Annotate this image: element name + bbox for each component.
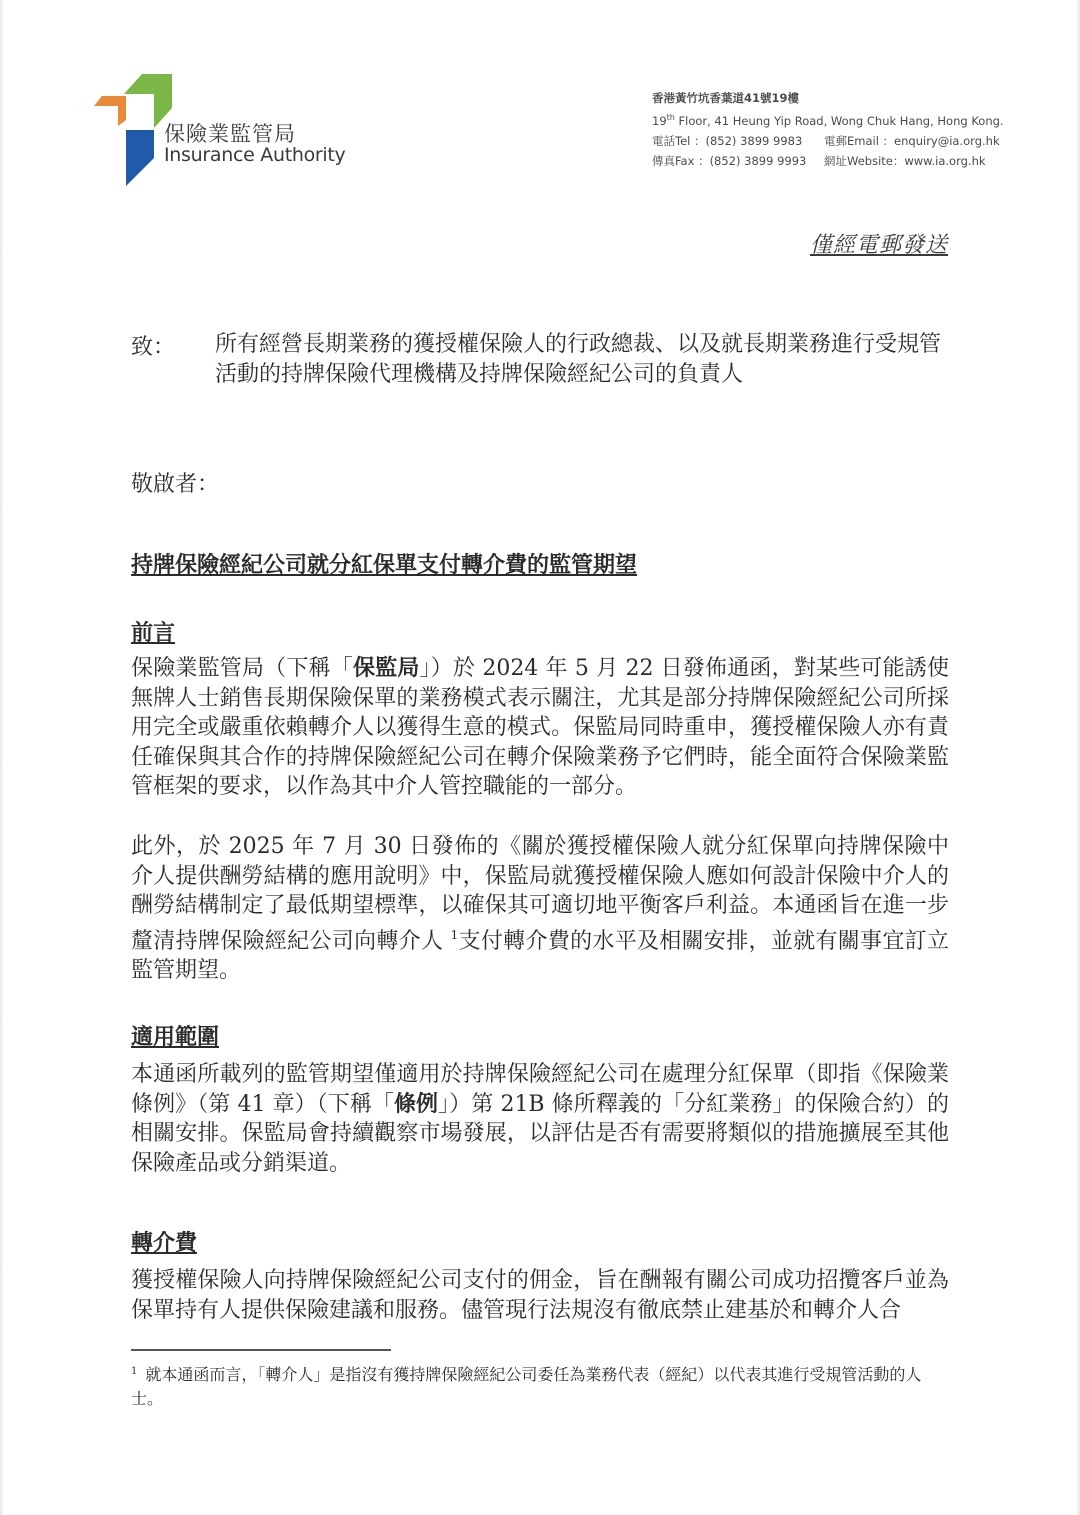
paragraph: 保險業監管局（下稱「保監局」）於 2024 年 5 月 22 日發佈通函，對某些… [131, 654, 949, 802]
tel: 電話Tel ：(852) 3899 9983 [652, 131, 824, 151]
section-heading-scope: 適用範圍 [131, 1020, 219, 1051]
footnote: 1就本通函而言，「轉介人」是指沒有獲持牌保險經紀公司委任為業務代表（經紀）以代表… [131, 1360, 949, 1411]
delivery-note: 僅經電郵發送 [810, 228, 948, 259]
section-heading-referral-fee: 轉介費 [131, 1226, 197, 1257]
salutation: 敬啟者： [131, 467, 219, 498]
email[interactable]: 電郵Email ：enquiry@ia.org.hk [824, 131, 1004, 151]
ia-logo-icon [94, 72, 174, 190]
website[interactable]: 網址Website：www.ia.org.hk [824, 151, 1004, 171]
address-cn: 香港黃竹坑香葉道41號19樓 [652, 88, 1004, 108]
paragraph: 獲授權保險人向持牌保險經紀公司支付的佣金，旨在酬報有關公司成功招攬客戶並為保單持… [131, 1266, 949, 1325]
recipient-label: 致： [131, 330, 175, 361]
section-heading-intro: 前言 [131, 616, 175, 647]
logo-name-en: Insurance Authority [164, 144, 346, 166]
contact-block: 香港黃竹坑香葉道41號19樓 19th Floor, 41 Heung Yip … [652, 88, 1004, 171]
paragraph: 本通函所載列的監管期望僅適用於持牌保險經紀公司在處理分紅保單（即指《保險業條例》… [131, 1060, 949, 1178]
insurance-authority-logo: 保險業監管局 Insurance Authority [94, 72, 354, 190]
page-edge-right [1076, 0, 1080, 1515]
footnote-divider [131, 1349, 391, 1351]
page-edge-left [0, 0, 4, 1515]
address-en: 19th Floor, 41 Heung Yip Road, Wong Chuk… [652, 108, 1004, 131]
document-title: 持牌保險經紀公司就分紅保單支付轉介費的監管期望 [131, 548, 637, 579]
paragraph: 此外，於 2025 年 7 月 30 日發佈的《關於獲授權保險人就分紅保單向持牌… [131, 832, 949, 986]
recipient-text: 所有經營長期業務的獲授權保險人的行政總裁、以及就長期業務進行受規管活動的持牌保險… [215, 330, 950, 390]
fax: 傳真Fax ：(852) 3899 9993 [652, 151, 824, 171]
